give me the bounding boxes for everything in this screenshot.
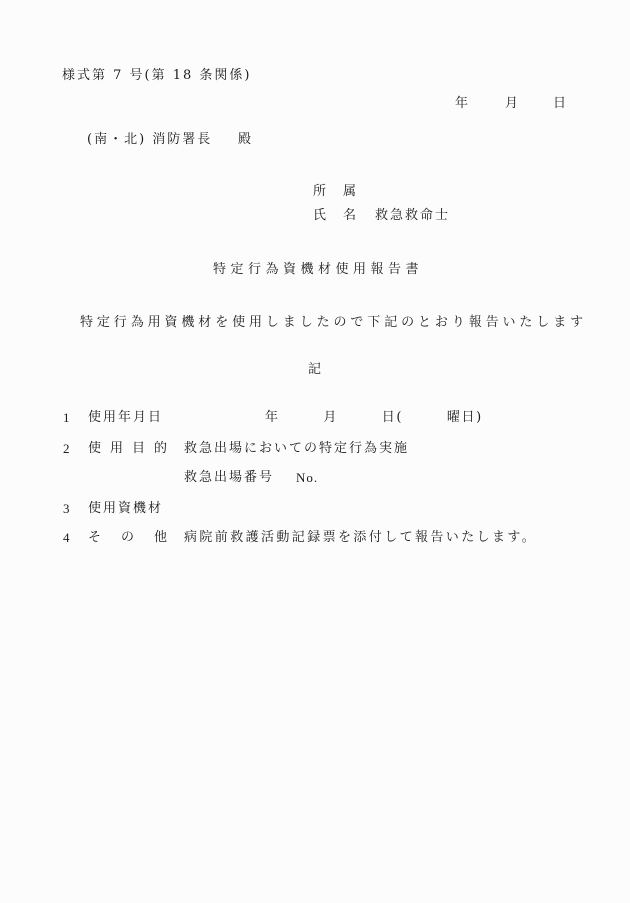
honorific: 殿 <box>238 132 253 148</box>
item-2-value: 救急出場においての特定行為実施 <box>184 441 409 457</box>
affiliation-label: 所 属 <box>313 184 358 200</box>
item-2-number: 2 <box>63 441 72 457</box>
name-label: 氏 名 <box>313 208 358 224</box>
form-number: 様式第 7 号(第 18 条関係) <box>62 68 252 84</box>
date-day-label: 日 <box>553 96 568 112</box>
date-month-label: 月 <box>505 96 520 112</box>
item-1-label: 使用年月日 <box>88 410 163 426</box>
item-4-number: 4 <box>63 530 72 546</box>
date-year-label: 年 <box>455 96 470 112</box>
item-1-value: 年 月 日( 曜日) <box>265 410 483 426</box>
item-3-label: 使用資機材 <box>88 501 163 517</box>
item-2-sub-label: 救急出場番号 <box>184 470 274 486</box>
item-4-label: その他 <box>88 530 187 546</box>
ki-heading: 記 <box>308 362 323 378</box>
name-value: 救急救命士 <box>375 208 450 224</box>
item-2-sub-value: No. <box>296 470 318 486</box>
item-3-number: 3 <box>63 501 72 517</box>
item-4-value: 病院前救護活動記録票を添付して報告いたします。 <box>184 530 537 546</box>
item-2-label: 使用目的 <box>88 441 176 457</box>
document-page: 様式第 7 号(第 18 条関係) 年 月 日 (南・北) 消防署長 殿 所 属… <box>0 0 630 903</box>
addressee: (南・北) 消防署長 <box>87 132 212 148</box>
item-1-number: 1 <box>63 410 72 426</box>
intro-text: 特定行為用資機材を使用しましたので下記のとおり報告いたします <box>80 315 587 331</box>
document-title: 特定行為資機材使用報告書 <box>213 262 423 278</box>
